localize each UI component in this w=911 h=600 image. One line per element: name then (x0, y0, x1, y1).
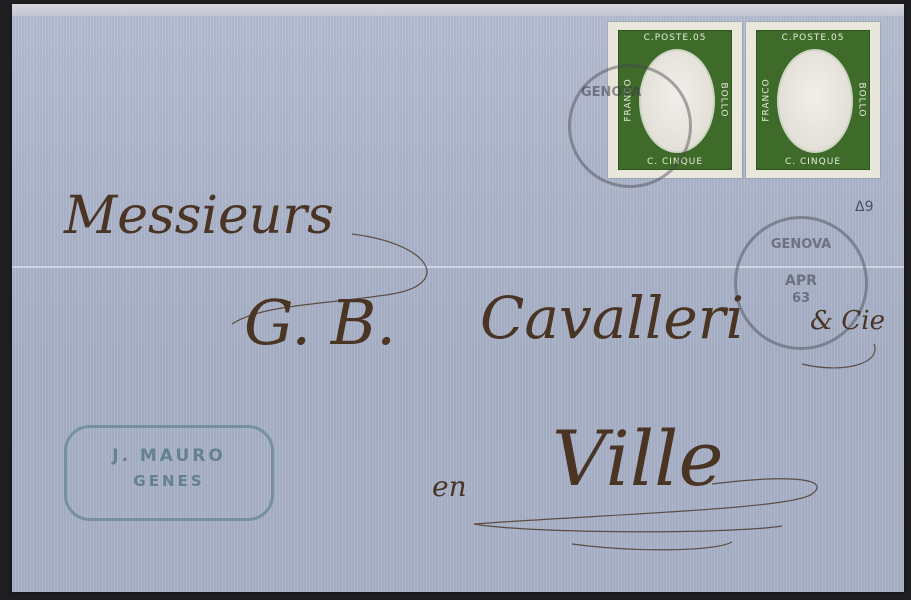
stamp-5c-right: C.POSTE.05 FRANCO BOLLO C. CINQUE (746, 22, 880, 178)
postmark-month: APR (737, 273, 865, 289)
stamp-bottom-text: C. CINQUE (757, 157, 869, 167)
postmark-town: GENOVA (737, 237, 865, 252)
postmark-town: GENOVA (581, 85, 641, 100)
stamp-top-text: C.POSTE.05 (757, 33, 869, 43)
stamp-top-text: C.POSTE.05 (619, 33, 731, 43)
stamp-frame: C.POSTE.05 FRANCO BOLLO C. CINQUE (756, 30, 870, 170)
address-surname: Cavalleri (480, 284, 744, 352)
left-cancel-postmark: GENOVA (568, 64, 692, 188)
address-location-prefix: en (432, 470, 467, 503)
address-initials: G. B. (244, 286, 396, 359)
stamp-right-text: BOLLO (857, 83, 867, 118)
address-suffix: & Cie (810, 306, 885, 336)
sender-city: GENES (67, 472, 271, 490)
pencil-notation: Δ9 (855, 199, 873, 215)
postmark-year: 63 (737, 291, 865, 306)
sender-name: J. MAURO (67, 446, 271, 466)
entire-letter-cover: C.POSTE.05 FRANCO BOLLO C. CINQUE C.POST… (12, 4, 904, 592)
sender-handstamp: J. MAURO GENES (64, 425, 274, 521)
address-salutation: Messieurs (64, 186, 334, 246)
address-location: Ville (552, 414, 723, 503)
stamp-right-text: BOLLO (719, 83, 729, 118)
king-portrait-embossed (777, 49, 853, 153)
cover-top-edge (12, 4, 904, 16)
stamp-left-text: FRANCO (762, 78, 772, 121)
